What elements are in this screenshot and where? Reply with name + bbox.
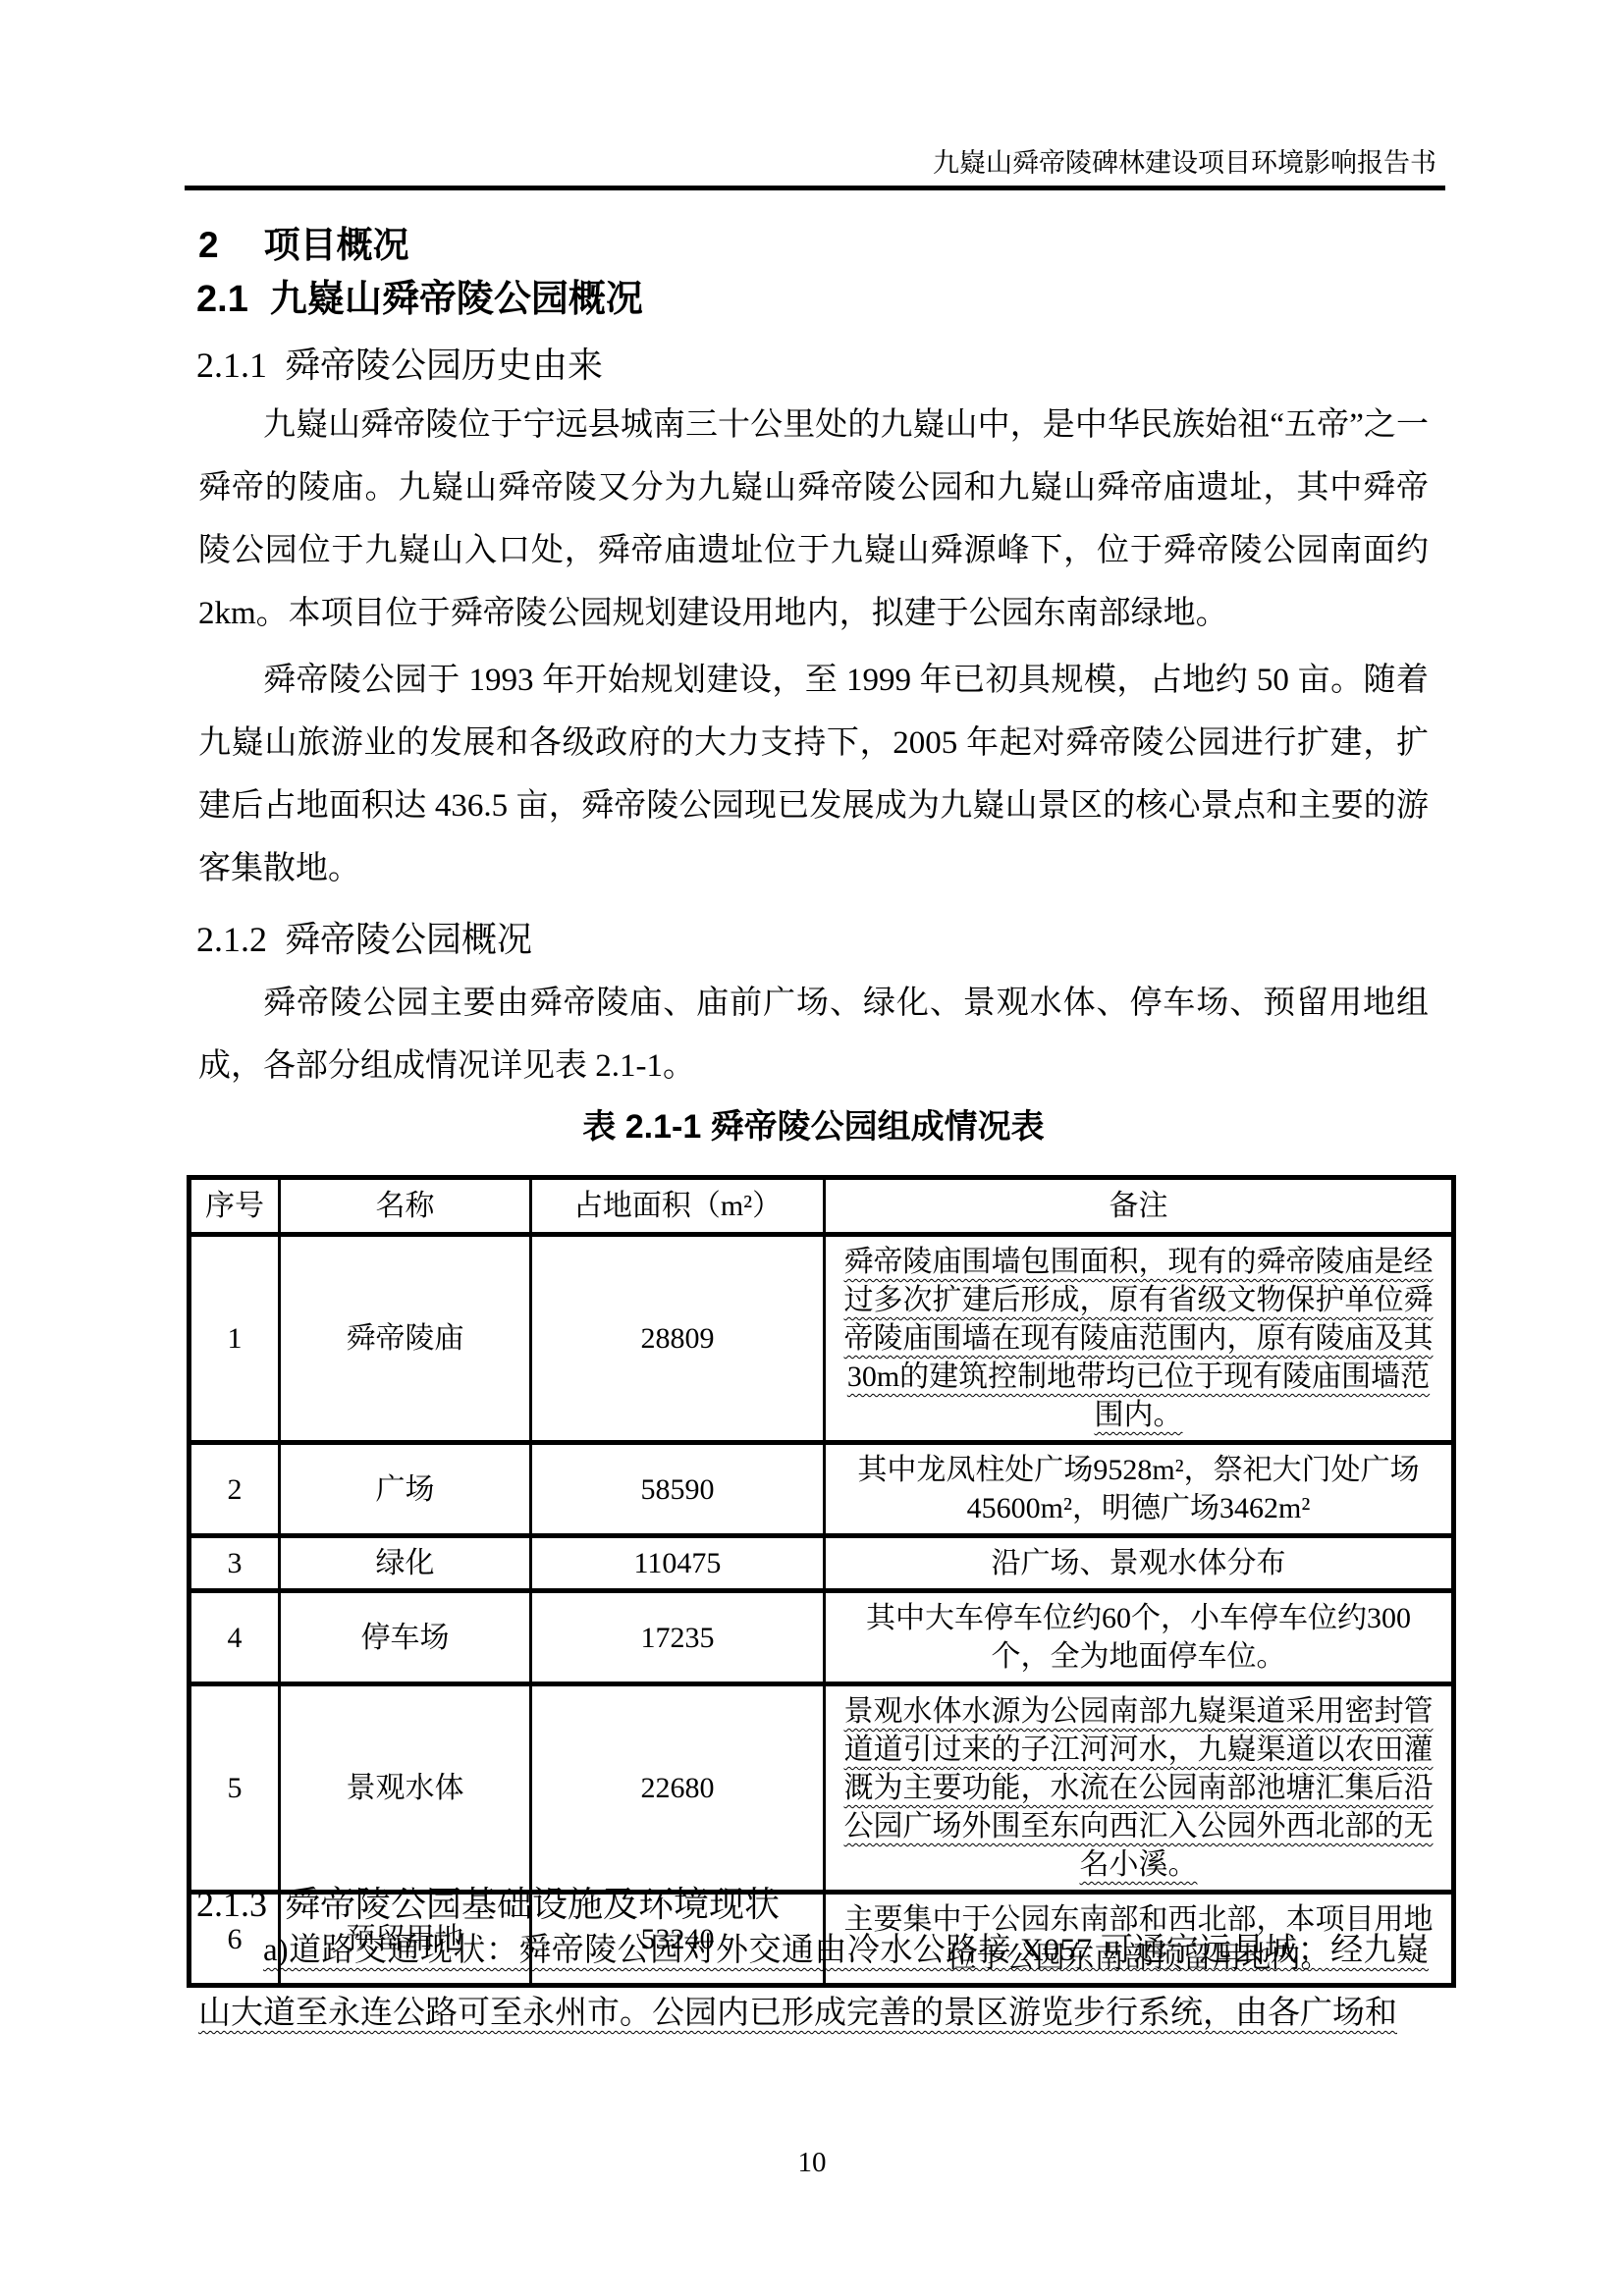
cell-name: 景观水体 — [280, 1684, 531, 1893]
cell-area: 22680 — [531, 1684, 825, 1893]
document-page: 九嶷山舜帝陵碑林建设项目环境影响报告书 2项目概况 2.1九嶷山舜帝陵公园概况 … — [0, 0, 1624, 2296]
col-header-area: 占地面积（m²） — [531, 1178, 825, 1235]
cell-area: 110475 — [531, 1536, 825, 1591]
chapter-heading: 2项目概况 — [198, 224, 409, 267]
cell-area: 28809 — [531, 1235, 825, 1443]
section-title: 九嶷山舜帝陵公园概况 — [270, 279, 643, 320]
cell-no: 1 — [189, 1235, 280, 1443]
table-row: 5 景观水体 22680 景观水体水源为公园南部九嶷渠道采用密封管道道引过来的子… — [189, 1684, 1454, 1893]
subsection-title: 舜帝陵公园概况 — [285, 920, 532, 959]
page-number: 10 — [0, 2146, 1624, 2179]
paragraph-history-1: 九嶷山舜帝陵位于宁远县城南三十公里处的九嶷山中，是中华民族始祖“五帝”之一舜帝的… — [198, 394, 1429, 645]
paragraph-road-traffic: a)道路交通现状：舜帝陵公园对外交通由冷水公路接 X057 可通宁远县城；经九嶷… — [198, 1919, 1429, 2045]
cell-remark: 其中大车停车位约60个，小车停车位约300个，全为地面停车位。 — [825, 1591, 1454, 1684]
running-header: 九嶷山舜帝陵碑林建设项目环境影响报告书 — [198, 147, 1436, 179]
table-row: 3 绿化 110475 沿广场、景观水体分布 — [189, 1536, 1454, 1591]
header-rule — [185, 186, 1445, 190]
subsection-title: 舜帝陵公园历史由来 — [285, 346, 603, 385]
col-header-name: 名称 — [280, 1178, 531, 1235]
section-heading-2-1: 2.1九嶷山舜帝陵公园概况 — [196, 277, 643, 322]
subsection-number: 2.1.1 — [196, 346, 267, 385]
cell-remark: 沿广场、景观水体分布 — [825, 1536, 1454, 1591]
subsection-heading-2-1-2: 2.1.2舜帝陵公园概况 — [196, 918, 532, 961]
section-number: 2.1 — [196, 279, 248, 320]
cell-no: 5 — [189, 1684, 280, 1893]
cell-remark: 景观水体水源为公园南部九嶷渠道采用密封管道道引过来的子江河河水，九嶷渠道以农田灌… — [825, 1684, 1454, 1893]
table-row: 1 舜帝陵庙 28809 舜帝陵庙围墙包围面积，现有的舜帝陵庙是经过多次扩建后形… — [189, 1235, 1454, 1443]
chapter-number: 2 — [198, 225, 219, 265]
table-caption: 表 2.1-1 舜帝陵公园组成情况表 — [198, 1107, 1429, 1147]
table-row: 2 广场 58590 其中龙凤柱处广场9528m²，祭祀大门处广场45600m²… — [189, 1443, 1454, 1536]
paragraph-history-2: 舜帝陵公园于 1993 年开始规划建设，至 1999 年已初具规模，占地约 50… — [198, 649, 1429, 900]
cell-remark: 舜帝陵庙围墙包围面积，现有的舜帝陵庙是经过多次扩建后形成，原有省级文物保护单位舜… — [825, 1235, 1454, 1443]
cell-name: 舜帝陵庙 — [280, 1235, 531, 1443]
cell-name: 绿化 — [280, 1536, 531, 1591]
cell-no: 3 — [189, 1536, 280, 1591]
subsection-title: 舜帝陵公园基础设施及环境现状 — [285, 1885, 780, 1924]
subsection-number: 2.1.3 — [196, 1885, 267, 1924]
subsection-number: 2.1.2 — [196, 920, 267, 959]
col-header-remark: 备注 — [825, 1178, 1454, 1235]
cell-area: 17235 — [531, 1591, 825, 1684]
chapter-title: 项目概况 — [264, 225, 409, 265]
cell-no: 2 — [189, 1443, 280, 1536]
park-composition-table: 序号 名称 占地面积（m²） 备注 1 舜帝陵庙 28809 舜帝陵庙围墙包围面… — [187, 1175, 1456, 1988]
cell-name: 停车场 — [280, 1591, 531, 1684]
cell-no: 4 — [189, 1591, 280, 1684]
cell-remark: 其中龙凤柱处广场9528m²，祭祀大门处广场45600m²，明德广场3462m² — [825, 1443, 1454, 1536]
subsection-heading-2-1-1: 2.1.1舜帝陵公园历史由来 — [196, 344, 603, 387]
table-header-row: 序号 名称 占地面积（m²） 备注 — [189, 1178, 1454, 1235]
table-row: 4 停车场 17235 其中大车停车位约60个，小车停车位约300个，全为地面停… — [189, 1591, 1454, 1684]
paragraph-overview: 舜帝陵公园主要由舜帝陵庙、庙前广场、绿化、景观水体、停车场、预留用地组成，各部分… — [198, 972, 1429, 1097]
col-header-no: 序号 — [189, 1178, 280, 1235]
cell-area: 58590 — [531, 1443, 825, 1536]
cell-name: 广场 — [280, 1443, 531, 1536]
